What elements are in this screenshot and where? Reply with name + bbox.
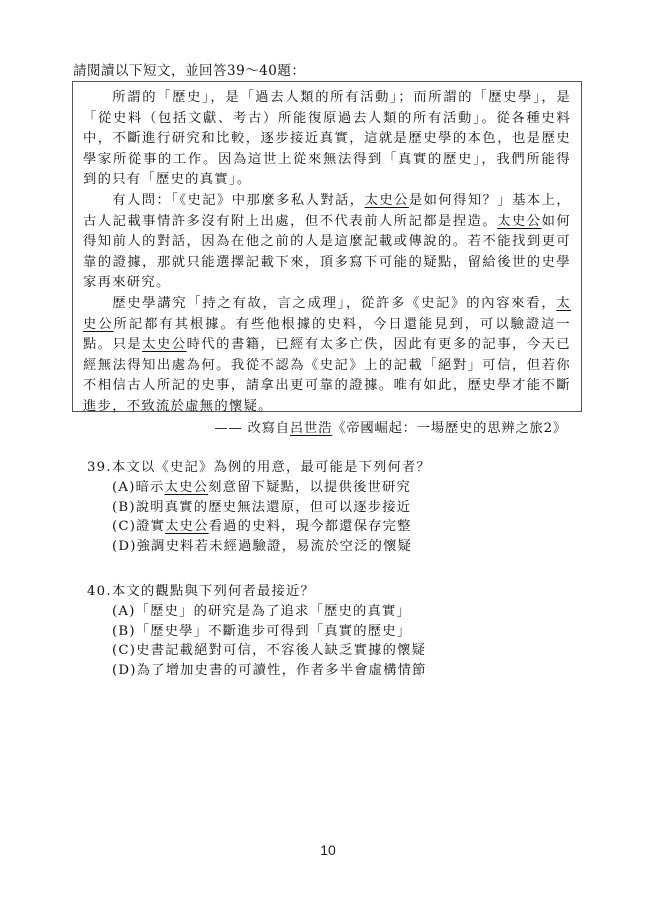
passage-paragraph-3: 歷史學講究「持之有故，言之成理」，從許多《史記》的內容來看，太史公所記都有其根據… bbox=[83, 294, 571, 418]
passage-source-citation: —— 改寫自呂世浩《帝國崛起：一場歷史的思辨之旅2》 bbox=[83, 419, 571, 440]
text-segment: 歷史學講究「持之有故，言之成理」，從許多《史記》的內容來看， bbox=[112, 296, 556, 311]
text-segment: (A)暗示 bbox=[112, 480, 165, 495]
text-segment: (D)強調史料若未經過驗證，易流於空泛的懷疑 bbox=[112, 539, 412, 554]
option-c[interactable]: (C)證實太史公看過的史料，現今都還保存完整 bbox=[112, 517, 431, 537]
passage-paragraph-1: 所謂的「歷史」，是「過去人類的所有活動」；而所謂的「歷史學」，是「從史料（包括文… bbox=[83, 88, 571, 191]
option-d[interactable]: (D)強調史料若未經過驗證，易流於空泛的懷疑 bbox=[112, 537, 431, 557]
reading-instructions: 請閱讀以下短文，並回答39～40題： bbox=[73, 59, 305, 79]
option-d[interactable]: (D)為了增加史書的可讀性，作者多半會虛構情節 bbox=[112, 661, 427, 681]
proper-noun-underlined: 呂世浩 bbox=[290, 421, 332, 436]
exam-page: 請閱讀以下短文，並回答39～40題： 所謂的「歷史」，是「過去人類的所有活動」；… bbox=[0, 0, 656, 906]
text-segment: (B)說明真實的歷史無法還原，但可以逐步接近 bbox=[112, 500, 411, 515]
proper-noun-underlined: 太史公 bbox=[365, 193, 409, 208]
text-segment: (C)證實 bbox=[112, 519, 165, 534]
question-40: 40.本文的觀點與下列何者最接近？ (A)「歷史」的研究是為了追求「歷史的真實」… bbox=[87, 582, 427, 680]
proper-noun-underlined: 太史公 bbox=[497, 214, 541, 229]
text-segment: 《帝國崛起：一場歷史的思辨之旅2》 bbox=[332, 421, 567, 436]
page-number: 10 bbox=[0, 842, 656, 858]
text-segment: (C)史書記載絕對可信，不容後人缺乏實據的懷疑 bbox=[112, 643, 426, 658]
option-a[interactable]: (A)「歷史」的研究是為了追求「歷史的真實」 bbox=[112, 602, 427, 622]
answer-options: (A)「歷史」的研究是為了追求「歷史的真實」 (B)「歷史學」不斷進步可得到「真… bbox=[112, 602, 427, 680]
question-number: 39. bbox=[87, 458, 112, 478]
option-a[interactable]: (A)暗示太史公刻意留下疑點，以提供後世研究 bbox=[112, 478, 431, 498]
text-segment: 有人問：「《史記》中那麼多私人對話， bbox=[112, 193, 364, 208]
text-segment: (B)「歷史學」不斷進步可得到「真實的歷史」 bbox=[112, 624, 411, 639]
question-stem: 39.本文以《史記》為例的用意，最可能是下列何者？ bbox=[87, 458, 431, 478]
text-segment: 所謂的「歷史」，是「過去人類的所有活動」；而所謂的「歷史學」，是「從史料（包括文… bbox=[83, 90, 571, 187]
option-c[interactable]: (C)史書記載絕對可信，不容後人缺乏實據的懷疑 bbox=[112, 641, 427, 661]
question-text: 本文的觀點與下列何者最接近？ bbox=[112, 584, 315, 599]
text-segment: 刻意留下疑點，以提供後世研究 bbox=[208, 480, 411, 495]
text-segment: 看過的史料，現今都還保存完整 bbox=[209, 519, 412, 534]
answer-options: (A)暗示太史公刻意留下疑點，以提供後世研究 (B)說明真實的歷史無法還原，但可… bbox=[112, 478, 431, 556]
text-segment: (D)為了增加史書的可讀性，作者多半會虛構情節 bbox=[112, 663, 427, 678]
proper-noun-underlined: 太史公 bbox=[142, 337, 186, 352]
question-number: 40. bbox=[87, 582, 112, 602]
option-b[interactable]: (B)「歷史學」不斷進步可得到「真實的歷史」 bbox=[112, 622, 427, 642]
question-text: 本文以《史記》為例的用意，最可能是下列何者？ bbox=[112, 460, 431, 475]
question-39: 39.本文以《史記》為例的用意，最可能是下列何者？ (A)暗示太史公刻意留下疑點… bbox=[87, 458, 431, 556]
text-segment: —— 改寫自 bbox=[214, 421, 290, 436]
passage-paragraph-2: 有人問：「《史記》中那麼多私人對話，太史公是如何得知？」基本上，古人記載事情許多… bbox=[83, 191, 571, 294]
question-stem: 40.本文的觀點與下列何者最接近？ bbox=[87, 582, 427, 602]
option-b[interactable]: (B)說明真實的歷史無法還原，但可以逐步接近 bbox=[112, 498, 431, 518]
passage-box: 所謂的「歷史」，是「過去人類的所有活動」；而所謂的「歷史學」，是「從史料（包括文… bbox=[72, 81, 582, 412]
proper-noun-underlined: 太史公 bbox=[165, 519, 209, 534]
text-segment: (A)「歷史」的研究是為了追求「歷史的真實」 bbox=[112, 604, 411, 619]
proper-noun-underlined: 太史公 bbox=[165, 480, 209, 495]
